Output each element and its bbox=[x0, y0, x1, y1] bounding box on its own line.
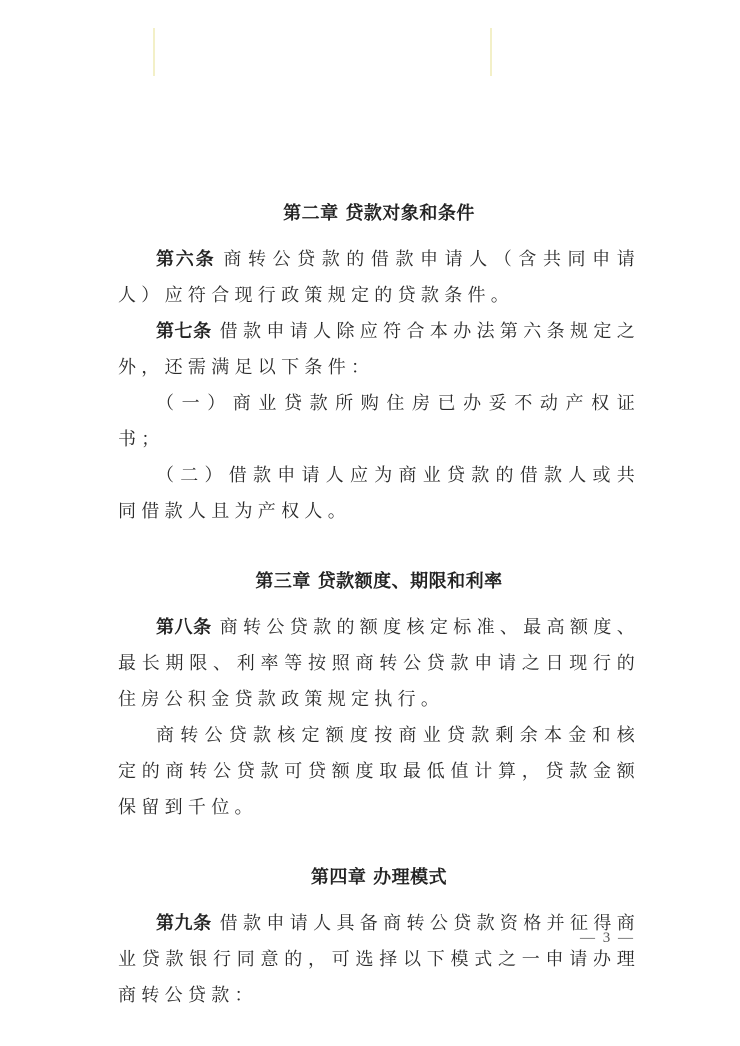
article-label: 第九条 bbox=[156, 913, 212, 934]
chapter-title: 第三章 贷款额度、期限和利率 bbox=[118, 564, 640, 600]
condition-item-1: （一）商业贷款所购住房已办妥不动产权证书； bbox=[118, 386, 640, 458]
article-9: 第九条借款申请人具备商转公贷款资格并征得商业贷款银行同意的，可选择以下模式之一申… bbox=[118, 906, 640, 1014]
article-6: 第六条商转公贷款的借款申请人（含共同申请人）应符合现行政策规定的贷款条件。 bbox=[118, 242, 640, 314]
article-label: 第七条 bbox=[156, 321, 212, 342]
document-page: 第二章 贷款对象和条件 第六条商转公贷款的借款申请人（含共同申请人）应符合现行政… bbox=[118, 196, 640, 1014]
scan-mark-right bbox=[490, 28, 492, 76]
page-number: — 3 — bbox=[580, 930, 635, 947]
article-8: 第八条商转公贷款的额度核定标准、最高额度、最长期限、利率等按照商转公贷款申请之日… bbox=[118, 610, 640, 718]
condition-item-2: （二）借款申请人应为商业贷款的借款人或共同借款人且为产权人。 bbox=[118, 458, 640, 530]
article-7: 第七条借款申请人除应符合本办法第六条规定之外，还需满足以下条件： bbox=[118, 314, 640, 386]
article-label: 第八条 bbox=[156, 617, 212, 638]
chapter-title: 第二章 贷款对象和条件 bbox=[118, 196, 640, 232]
loan-amount-paragraph: 商转公贷款核定额度按商业贷款剩余本金和核定的商转公贷款可贷额度取最低值计算，贷款… bbox=[118, 718, 640, 826]
article-label: 第六条 bbox=[156, 249, 215, 270]
scan-mark-left bbox=[153, 28, 155, 76]
chapter-title: 第四章 办理模式 bbox=[118, 860, 640, 896]
